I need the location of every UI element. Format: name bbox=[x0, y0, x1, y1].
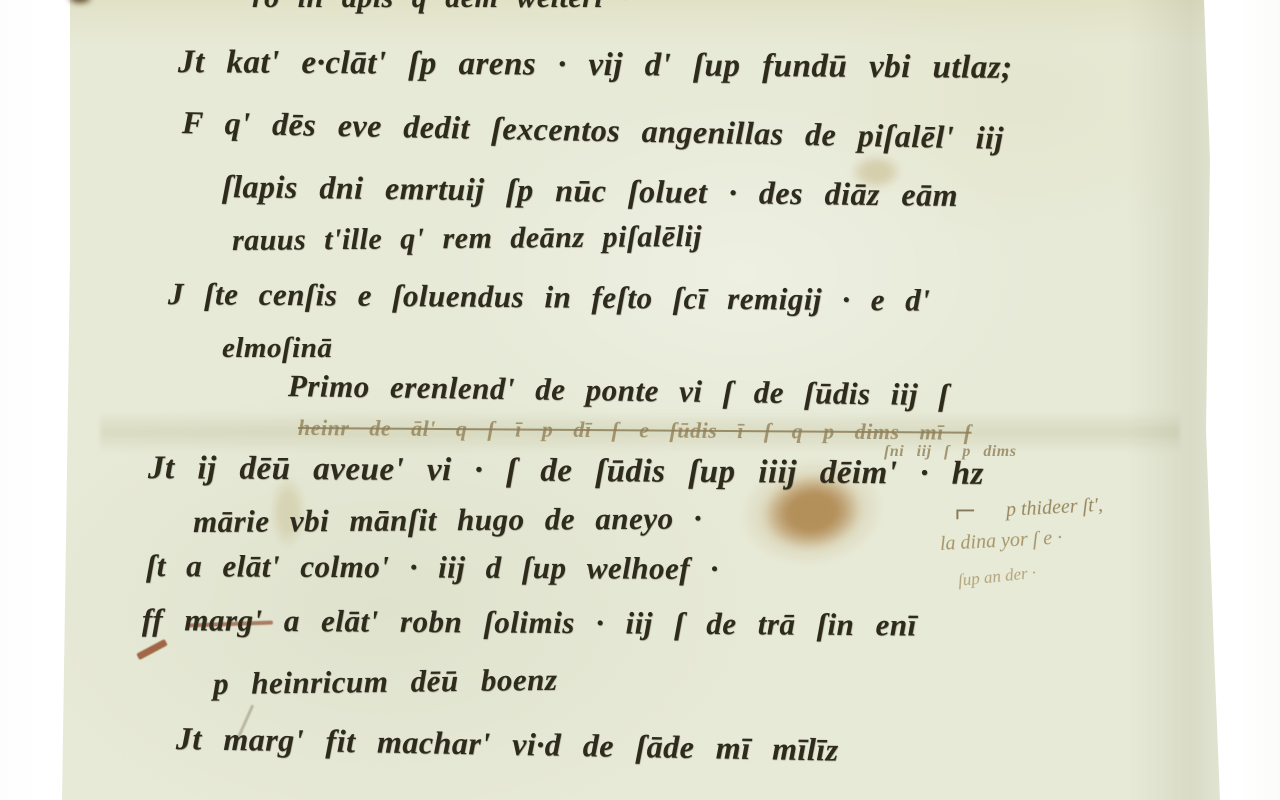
marginal-note-3: ſup an der · bbox=[957, 564, 1037, 589]
gallows-mark: ⌐ bbox=[952, 492, 978, 530]
marginal-note-1: p thideer ſt', bbox=[1005, 495, 1103, 520]
marginal-note-2: la dina yor ſ e · bbox=[939, 528, 1062, 554]
manuscript-photo: ro in āpis q dem welterī ·Jt kat' e·clāt… bbox=[0, 0, 1280, 800]
marginalia-layer: ⌐p thideer ſt',la dina yor ſ e ·ſup an d… bbox=[0, 0, 1280, 800]
